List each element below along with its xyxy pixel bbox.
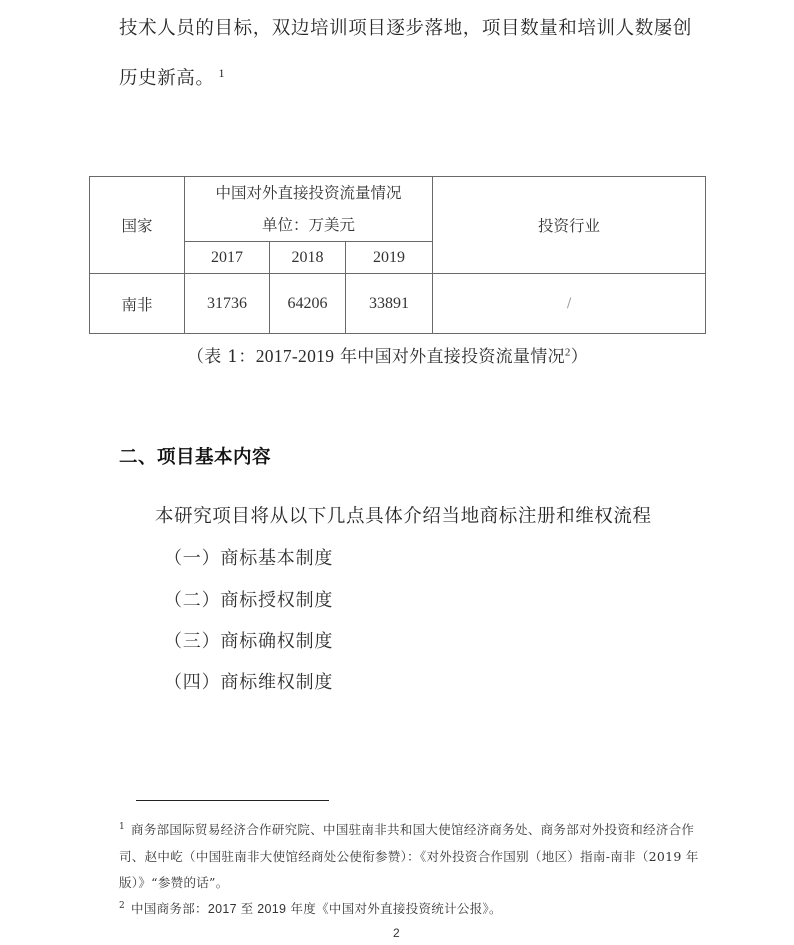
page-number: 2 bbox=[393, 926, 400, 940]
header-unit: 单位：万美元 bbox=[185, 209, 432, 241]
investment-flow-table: 国家 中国对外直接投资流量情况 单位：万美元 投资行业 2017 2018 20… bbox=[89, 176, 706, 334]
cell-value-2017: 31736 bbox=[185, 274, 270, 334]
cell-value-2019: 33891 bbox=[346, 274, 433, 334]
caption-suffix: ） bbox=[571, 347, 588, 367]
caption-text: 年中国对外直接投资流量情况 bbox=[334, 347, 565, 367]
table-row: 南非 31736 64206 33891 / bbox=[90, 274, 706, 334]
header-flow: 中国对外直接投资流量情况 单位：万美元 bbox=[185, 177, 433, 242]
section-intro: 本研究项目将从以下几点具体介绍当地商标注册和维权流程 bbox=[155, 502, 652, 528]
header-year-2019: 2019 bbox=[346, 242, 433, 274]
body-text-line-2: 历史新高。1 bbox=[119, 64, 225, 90]
cell-industry: / bbox=[433, 274, 706, 334]
header-year-2017: 2017 bbox=[185, 242, 270, 274]
footnote-1-line-1: 1商务部国际贸易经济合作研究院、中国驻南非共和国大使馆经济商务处、商务部对外投资… bbox=[119, 820, 694, 838]
footnote-1-line-3: 版）》“参赞的话”。 bbox=[119, 873, 229, 891]
list-item: （一）商标基本制度 bbox=[164, 544, 333, 570]
footnote-2-prefix: 中国商务部： bbox=[131, 901, 208, 916]
cell-value-2018: 64206 bbox=[270, 274, 346, 334]
table-caption: （表 1：2017-2019 年中国对外直接投资流量情况2） bbox=[187, 342, 588, 367]
footnote-2-suffix: 年度《中国对外直接投资统计公报》。 bbox=[286, 901, 502, 916]
body-text-line-2-text: 历史新高。 bbox=[119, 68, 215, 89]
body-text-line-1: 技术人员的目标，双边培训项目逐步落地，项目数量和培训人数屡创 bbox=[119, 14, 692, 40]
footnote-mark-2: 2 bbox=[119, 901, 125, 911]
list-item: （二）商标授权制度 bbox=[164, 586, 333, 612]
footnote-mark-1: 1 bbox=[119, 822, 125, 832]
caption-prefix: （表 1： bbox=[187, 347, 256, 367]
caption-range: 2017-2019 bbox=[256, 346, 335, 366]
footnote-2-years: 2017 至 2019 bbox=[208, 902, 286, 916]
section-heading: 二、项目基本内容 bbox=[119, 443, 271, 469]
footnote-divider bbox=[136, 800, 329, 801]
header-flow-title: 中国对外直接投资流量情况 bbox=[185, 177, 432, 209]
footnote-ref-1[interactable]: 1 bbox=[219, 66, 226, 80]
list-item: （四）商标维权制度 bbox=[164, 668, 333, 694]
footnote-1-text-1: 商务部国际贸易经济合作研究院、中国驻南非共和国大使馆经济商务处、商务部对外投资和… bbox=[131, 822, 694, 837]
cell-country: 南非 bbox=[90, 274, 185, 334]
header-year-2018: 2018 bbox=[270, 242, 346, 274]
footnote-2: 2中国商务部：2017 至 2019 年度《中国对外直接投资统计公报》。 bbox=[119, 899, 502, 917]
list-item: （三）商标确权制度 bbox=[164, 627, 333, 653]
header-industry: 投资行业 bbox=[433, 177, 706, 274]
header-country: 国家 bbox=[90, 177, 185, 274]
footnote-1-line-2: 司、赵中屹（中国驻南非大使馆经商处公使衔参赞）：《对外投资合作国别（地区）指南-… bbox=[119, 847, 699, 865]
